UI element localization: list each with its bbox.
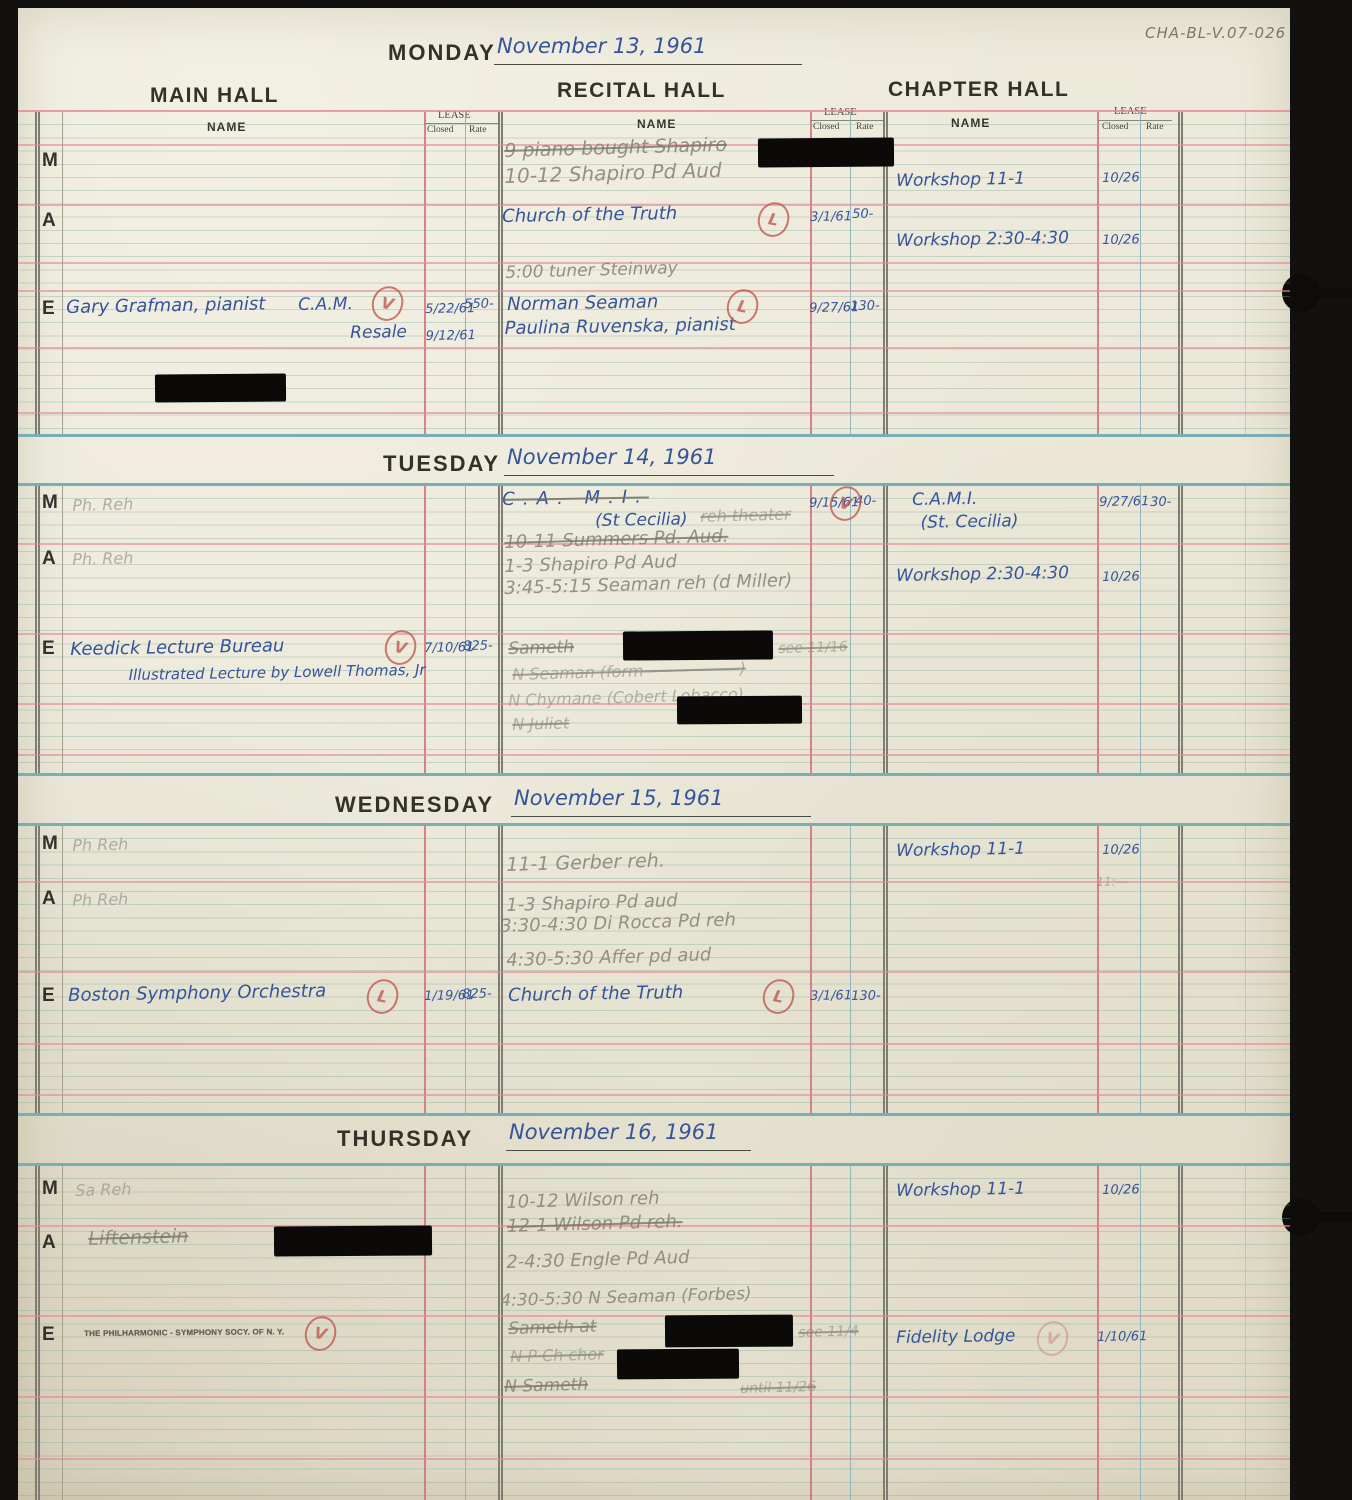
column-rule [810, 826, 812, 1113]
wednesday-chapter-m-name-line: Workshop 11-1 [896, 837, 1025, 863]
tuesday-main-e-name: Keedick Lecture BureauIllustrated Lectur… [70, 631, 426, 689]
band-separator [18, 1094, 1290, 1096]
date-underline-tuesday [504, 474, 834, 476]
hole-punch-top-bar [1300, 288, 1352, 298]
monday-recital-tuner-note: 5:00 tuner Steinway [505, 256, 678, 285]
thursday-main-m-note-line: Sa Reh [75, 1177, 132, 1203]
thursday-recital-e-pencil-3-line: N P Ch chor [510, 1342, 604, 1369]
monday-main-e-rate: 550- [464, 292, 494, 317]
column-rule [1245, 486, 1246, 773]
reference-number: CHA-BL-V.07-026 [1145, 24, 1286, 42]
column-rule [62, 1166, 63, 1500]
column-rule [810, 486, 812, 773]
band-separator [18, 1315, 1290, 1317]
row-label-thursday-m: M [42, 1178, 58, 1200]
row-label-tuesday-m: M [42, 492, 58, 514]
day-date-wednesday: November 15, 1961 [514, 786, 723, 810]
thursday-chapter-e-name: Fidelity Lodge [896, 1324, 1016, 1350]
monday-chapter-m-closed: 10/26 [1102, 166, 1140, 191]
wednesday-chapter-pencil-line: 11:— [1096, 869, 1128, 894]
wednesday-chapter-pencil: 11:— [1096, 869, 1128, 894]
column-rule [850, 486, 851, 773]
thursday-chapter-e-closed: 1/10/61 [1097, 1325, 1148, 1350]
monday-main-e-resale: Resale [350, 320, 407, 345]
column-rule [1178, 112, 1180, 434]
monday-recital-m-redaction [758, 138, 894, 168]
wednesday-main-e-name-line: Boston Symphony Orchestra [68, 979, 326, 1007]
monday-recital-tuner-note-line: 5:00 tuner Steinway [505, 256, 678, 285]
row-label-wednesday-m: M [42, 833, 58, 855]
monday-main-e-name: Gary Grafman, pianist [66, 293, 266, 320]
wednesday-main-e-rate-line: 825- [462, 982, 492, 1007]
column-rule [883, 486, 885, 773]
band-separator [18, 1458, 1290, 1460]
wednesday-main-e-name: Boston Symphony Orchestra [68, 979, 326, 1007]
wednesday-recital-e-closed-line: 3/1/61 [810, 984, 852, 1009]
row-label-thursday-a: A [42, 1232, 56, 1254]
monday-main-e-closed-line: 9/12/61 [425, 322, 476, 350]
wednesday-chapter-m-name: Workshop 11-1 [896, 837, 1025, 863]
wednesday-main-m-note-line: Ph Reh [72, 832, 129, 858]
tuesday-recital-e-pencil-1: Sameth [508, 635, 574, 661]
row-label-thursday-e: E [42, 1324, 55, 1346]
column-rule [424, 1166, 426, 1500]
column-rule [35, 112, 37, 434]
column-rule [1178, 826, 1180, 1113]
wednesday-recital-e-rate-line: 130- [851, 984, 881, 1009]
column-rule [38, 112, 40, 434]
thursday-recital-e-pencil-4-line: N Sameth [504, 1373, 588, 1399]
wednesday-recital-e-rate: 130- [851, 984, 881, 1009]
tuesday-chapter-m-name-line: (St. Cecilia) [920, 510, 1018, 535]
tuesday-main-e-rate: 825- [463, 634, 493, 659]
thursday-recital-m-pencil-line: 12-1 Wilson Pd reh. [507, 1210, 683, 1239]
column-rule [1178, 1166, 1180, 1500]
column-rule [1181, 112, 1183, 434]
band-separator [18, 754, 1290, 756]
wednesday-recital-e-name: Church of the Truth [508, 981, 683, 1008]
thursday-main-m-note: Sa Reh [75, 1177, 132, 1203]
column-rule [501, 112, 503, 434]
row-label-tuesday-a: A [42, 548, 56, 570]
monday-recital-e-rate-line: 130- [850, 294, 880, 319]
monday-recital-e-name-line: Paulina Ruvenska, pianist [504, 313, 735, 341]
monday-recital-a-rate-line: 50- [852, 203, 874, 227]
hole-punch-bottom-bar [1300, 1212, 1352, 1222]
monday-recital-a-name: Church of the Truth [502, 202, 677, 229]
band-separator [18, 1043, 1290, 1045]
column-rule [883, 826, 885, 1113]
tuesday-main-m-note: Ph. Reh [72, 492, 134, 518]
monday-main-e-rate-line: 550- [464, 292, 494, 317]
tuesday-chapter-a-name: Workshop 2:30-4:30 [896, 561, 1069, 588]
band-separator [18, 971, 1290, 973]
row-label-tuesday-e: E [42, 638, 55, 660]
column-rule [498, 826, 500, 1113]
thursday-main-e-stamp: THE PHILHARMONIC - SYMPHONY SOCY. OF N. … [84, 1326, 284, 1339]
tuesday-main-a-note: Ph. Reh [72, 546, 134, 572]
wednesday-chapter-m-closed: 10/26 [1102, 838, 1140, 863]
monday-main-e-agency: C.A.M. [298, 292, 353, 317]
monday-main-e-resale-line: Resale [350, 320, 407, 345]
monday-recital-e-rate: 130- [850, 294, 880, 319]
thursday-recital-e-pencil-4: N Sameth [504, 1373, 588, 1399]
column-rule [38, 1166, 40, 1500]
column-rule [498, 486, 500, 773]
thursday-recital-e-pencil-3: N P Ch chor [510, 1342, 604, 1369]
column-rule [424, 826, 426, 1113]
monday-chapter-m-name: Workshop 11-1 [896, 167, 1025, 193]
column-rule [1181, 486, 1183, 773]
tuesday-chapter-m-rate-line: 30- [1150, 491, 1172, 515]
column-rule [62, 826, 63, 1113]
tuesday-chapter-m-closed-line: 9/27/61 [1099, 490, 1150, 515]
band-separator [18, 347, 1290, 349]
tuesday-chapter-a-name-line: Workshop 2:30-4:30 [896, 561, 1069, 588]
tuesday-recital-e-pencil-1-line: Sameth [508, 635, 574, 661]
monday-main-e-redaction [155, 374, 286, 403]
column-rule [1245, 826, 1246, 1113]
tuesday-chapter-m-name-line: C.A.M.I. [912, 487, 1018, 512]
tuesday-recital-e-pencil-5-line: N Juliet [512, 711, 570, 737]
row-label-monday-e: E [42, 298, 55, 320]
monday-recital-a-closed: 3/1/61 [810, 205, 852, 230]
tuesday-recital-e-pencil-2: see 11/16 [778, 635, 848, 661]
wednesday-recital-m-pencil-line: 11-1 Gerber reh. [506, 849, 665, 877]
column-rule [465, 112, 466, 434]
hall-title-chapter: CHAPTER HALL [888, 78, 1069, 102]
monday-main-e-agency-line: C.A.M. [298, 292, 353, 317]
thursday-recital-e-pencil-1-line: Sameth at [508, 1315, 597, 1341]
thursday-main-a-name: Liftenstein [88, 1224, 189, 1251]
column-rule [886, 1166, 888, 1500]
thursday-chapter-e-name-line: Fidelity Lodge [896, 1324, 1016, 1350]
thursday-recital-a-pencil-1-line: 2-4:30 Engle Pd Aud [506, 1246, 690, 1275]
monday-main-e-name-line: Gary Grafman, pianist [66, 293, 266, 320]
day-date-monday: November 13, 1961 [497, 34, 706, 58]
column-rule [35, 826, 37, 1113]
day-label-monday: MONDAY [388, 40, 496, 66]
monday-chapter-a-name-line: Workshop 2:30-4:30 [896, 226, 1069, 253]
tuesday-recital-e-pencil-5: N Juliet [512, 711, 570, 737]
wednesday-recital-m-pencil: 11-1 Gerber reh. [506, 849, 665, 877]
column-rule [501, 486, 503, 773]
monday-recital-a-closed-line: 3/1/61 [810, 205, 852, 230]
column-rule [498, 1166, 500, 1500]
tuesday-recital-e-redaction-2 [677, 696, 802, 725]
column-rule [1245, 1166, 1246, 1500]
column-rule [501, 826, 503, 1113]
row-label-wednesday-a: A [42, 888, 56, 910]
column-rule [62, 486, 63, 773]
thursday-recital-e-pencil-1: Sameth at [508, 1315, 597, 1341]
wednesday-main-e-rate: 825- [462, 982, 492, 1007]
monday-recital-a-rate: 50- [852, 203, 874, 227]
column-rule [465, 1166, 466, 1500]
date-underline-wednesday [511, 815, 811, 817]
monday-recital-e-name: Norman SeamanPaulina Ruvenska, pianist [507, 289, 736, 341]
tuesday-chapter-a-closed-line: 10/26 [1102, 565, 1140, 590]
column-rule [1140, 486, 1141, 773]
wednesday-main-a-note-line: Ph Reh [72, 887, 129, 913]
wednesday-main-a-note: Ph Reh [72, 887, 129, 913]
column-rule [1181, 826, 1183, 1113]
column-rule [465, 486, 466, 773]
column-rule [38, 826, 40, 1113]
column-rule [886, 486, 888, 773]
band-separator [18, 1396, 1290, 1398]
wednesday-recital-e-name-line: Church of the Truth [508, 981, 683, 1008]
column-rule [1245, 112, 1246, 434]
thursday-main-a-name-line: Liftenstein [88, 1224, 189, 1251]
thursday-recital-m-pencil: 10-12 Wilson reh12-1 Wilson Pd reh. [506, 1186, 683, 1239]
tuesday-chapter-a-closed: 10/26 [1102, 565, 1140, 590]
tuesday-main-a-note-line: Ph. Reh [72, 546, 134, 572]
day-date-thursday: November 16, 1961 [509, 1120, 718, 1144]
monday-chapter-m-name-line: Workshop 11-1 [896, 167, 1025, 193]
monday-chapter-a-closed: 10/26 [1102, 228, 1140, 253]
tuesday-chapter-m-closed: 9/27/61 [1099, 490, 1150, 515]
tuesday-main-e-name-line: Illustrated Lecture by Lowell Thomas, Jr [128, 657, 425, 688]
column-rule [465, 826, 466, 1113]
thursday-chapter-m-closed-line: 10/26 [1102, 1178, 1140, 1203]
thursday-recital-e-pencil-5-line: until 11/26 [740, 1375, 816, 1401]
monday-recital-a-name-line: Church of the Truth [502, 202, 677, 229]
thursday-chapter-m-name: Workshop 11-1 [896, 1177, 1025, 1203]
column-rule [501, 1166, 503, 1500]
monday-chapter-m-closed-line: 10/26 [1102, 166, 1140, 191]
thursday-recital-e-redaction-1 [665, 1315, 793, 1348]
thursday-main-e-stamp-line: THE PHILHARMONIC - SYMPHONY SOCY. OF N. … [84, 1326, 284, 1339]
column-rule [424, 112, 426, 434]
column-rule [424, 486, 426, 773]
tuesday-main-m-note-line: Ph. Reh [72, 492, 134, 518]
wednesday-main-m-note: Ph Reh [72, 832, 129, 858]
column-rule [1140, 826, 1141, 1113]
scanned-ledger-page: CHA-BL-V.07-026 MAIN HALL RECITAL HALL C… [0, 0, 1352, 1500]
column-rule [1097, 112, 1099, 434]
column-rule [850, 826, 851, 1113]
column-rule [1178, 486, 1180, 773]
thursday-chapter-e-closed-line: 1/10/61 [1097, 1325, 1148, 1350]
band-separator [18, 412, 1290, 414]
tuesday-chapter-m-name: C.A.M.I.(St. Cecilia) [912, 487, 1019, 535]
tuesday-recital-e-pencil-2-line: see 11/16 [778, 635, 848, 661]
column-rule [38, 486, 40, 773]
hall-title-recital: RECITAL HALL [557, 79, 726, 103]
hall-title-main: MAIN HALL [150, 84, 279, 108]
column-rule [1097, 486, 1099, 773]
date-underline-monday [494, 63, 802, 65]
wednesday-recital-e-closed: 3/1/61 [810, 984, 852, 1009]
tuesday-main-e-rate-line: 825- [463, 634, 493, 659]
day-date-tuesday: November 14, 1961 [507, 445, 716, 469]
thursday-chapter-m-name-line: Workshop 11-1 [896, 1177, 1025, 1203]
column-rule [62, 112, 63, 434]
thursday-recital-a-pencil-1: 2-4:30 Engle Pd Aud [506, 1246, 690, 1275]
row-label-wednesday-e: E [42, 985, 55, 1007]
day-label-wednesday: WEDNESDAY [335, 792, 494, 818]
column-rule [1181, 1166, 1183, 1500]
thursday-recital-e-redaction-2 [617, 1349, 739, 1380]
thursday-main-a-redaction [274, 1225, 432, 1256]
thursday-recital-e-pencil-5: until 11/26 [740, 1375, 816, 1401]
column-rule [883, 1166, 885, 1500]
column-rule [35, 486, 37, 773]
monday-chapter-a-name: Workshop 2:30-4:30 [896, 226, 1069, 253]
tuesday-chapter-m-rate: 30- [1150, 491, 1172, 515]
wednesday-chapter-m-closed-line: 10/26 [1102, 838, 1140, 863]
monday-chapter-a-closed-line: 10/26 [1102, 228, 1140, 253]
column-rule [1140, 112, 1141, 434]
thursday-recital-e-pencil-2-line: see 11/4 [798, 1319, 859, 1345]
thursday-recital-e-pencil-2: see 11/4 [798, 1319, 859, 1345]
row-label-monday-m: M [42, 150, 58, 172]
day-label-tuesday: TUESDAY [383, 451, 500, 477]
column-rule [886, 826, 888, 1113]
row-label-monday-a: A [42, 210, 56, 232]
date-underline-thursday [506, 1149, 751, 1151]
thursday-chapter-m-closed: 10/26 [1102, 1178, 1140, 1203]
column-rule [498, 112, 500, 434]
day-label-thursday: THURSDAY [337, 1126, 473, 1152]
tuesday-recital-e-redaction-1 [623, 630, 773, 660]
column-rule [35, 1166, 37, 1500]
